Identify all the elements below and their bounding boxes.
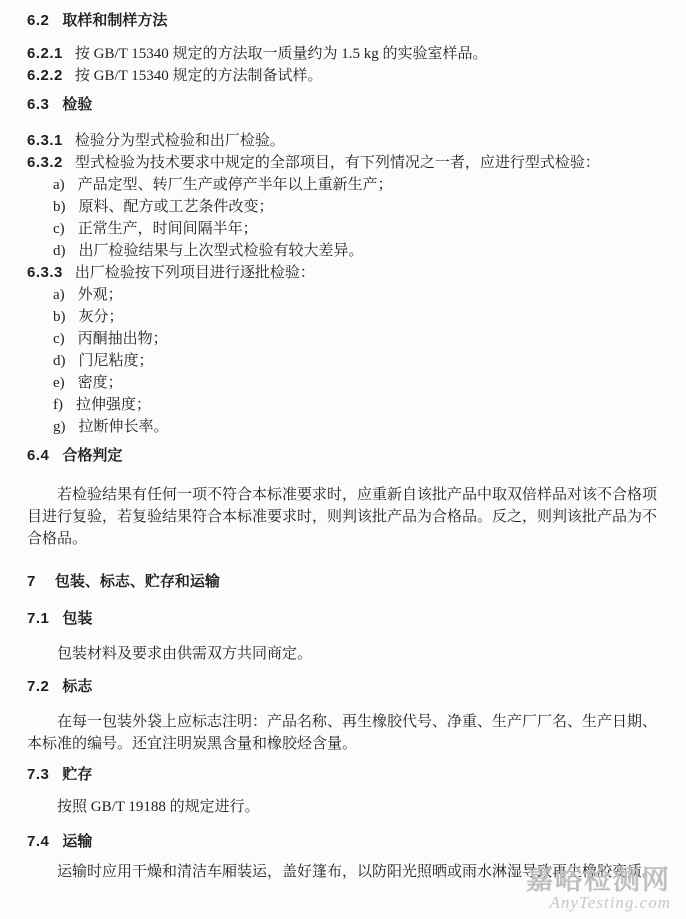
clause-text: 型式检验为技术要求中规定的全部项目，有下列情况之一者，应进行型式检验： — [75, 155, 600, 171]
clause-6-3-2: 6.3.2型式检验为技术要求中规定的全部项目，有下列情况之一者，应进行型式检验： — [27, 152, 666, 174]
heading-6-3: 6.3检验 — [27, 94, 666, 116]
list-item-d: d)出厂检验结果与上次型式检验有较大差异。 — [53, 240, 666, 262]
list-item-f: f)拉伸强度； — [53, 394, 666, 416]
list-text: 产品定型、转厂生产或停产半年以上重新生产； — [78, 177, 393, 193]
list-marker: c) — [53, 221, 65, 237]
heading-7: 7包装、标志、贮存和运输 — [27, 571, 666, 593]
clause-text: 出厂检验按下列项目进行逐批检验： — [75, 265, 315, 281]
list-text: 原料、配方或工艺条件改变； — [79, 199, 274, 215]
heading-6-4: 6.4合格判定 — [27, 445, 666, 467]
watermark-site-url: AnyTesting.com — [526, 894, 671, 912]
list-marker: b) — [53, 199, 66, 215]
list-text: 拉伸强度； — [76, 397, 151, 413]
heading-number: 6.2 — [27, 12, 49, 29]
list-marker: d) — [53, 243, 66, 259]
clause-6-2-2: 6.2.2按 GB/T 15340 规定的方法制备试样。 — [27, 65, 666, 87]
list-item-d: d)门尼粘度； — [53, 350, 666, 372]
heading-6-2: 6.2取样和制样方法 — [27, 10, 666, 32]
heading-7-2: 7.2标志 — [27, 676, 666, 698]
heading-number: 6.3 — [27, 96, 49, 113]
heading-7-3: 7.3贮存 — [27, 764, 666, 786]
list-item-b: b)原料、配方或工艺条件改变； — [53, 196, 666, 218]
heading-title: 标志 — [62, 679, 92, 695]
list-item-b: b)灰分； — [53, 306, 666, 328]
list-item-c: c)丙酮抽出物； — [53, 328, 666, 350]
heading-number: 7 — [27, 573, 36, 590]
list-text: 丙酮抽出物； — [78, 331, 168, 347]
list-marker: a) — [53, 287, 65, 303]
list-text: 门尼粘度； — [79, 353, 154, 369]
list-marker: g) — [53, 419, 66, 435]
list-item-e: e)密度； — [53, 372, 666, 394]
heading-7-1: 7.1包装 — [27, 608, 666, 630]
watermark-site-name: 嘉峪检测网 — [526, 866, 671, 894]
clause-number: 6.3.1 — [27, 132, 63, 149]
list-marker: c) — [53, 331, 65, 347]
heading-title: 包装 — [62, 611, 92, 627]
list-marker: e) — [53, 375, 65, 391]
list-item-g: g)拉断伸长率。 — [53, 416, 666, 438]
watermark: 嘉峪检测网 AnyTesting.com — [526, 866, 671, 912]
paragraph-6-4: 若检验结果有任何一项不符合本标准要求时，应重新自该批产品中取双倍样品对该不合格项… — [27, 484, 666, 550]
list-text: 拉断伸长率。 — [79, 419, 169, 435]
clause-text: 检验分为型式检验和出厂检验。 — [75, 133, 285, 149]
list-text: 灰分； — [79, 309, 124, 325]
heading-number: 7.1 — [27, 610, 49, 627]
list-text: 密度； — [78, 375, 123, 391]
heading-title: 检验 — [62, 97, 92, 113]
heading-title: 取样和制样方法 — [62, 13, 167, 29]
clause-number: 6.3.3 — [27, 264, 63, 281]
heading-number: 7.4 — [27, 833, 49, 850]
heading-number: 6.4 — [27, 447, 49, 464]
clause-6-3-3: 6.3.3出厂检验按下列项目进行逐批检验： — [27, 262, 666, 284]
clause-6-2-1: 6.2.1按 GB/T 15340 规定的方法取一质量约为 1.5 kg 的实验… — [27, 43, 666, 65]
clause-text: 按 GB/T 15340 规定的方法取一质量约为 1.5 kg 的实验室样品。 — [75, 46, 488, 62]
clause-number: 6.2.2 — [27, 67, 63, 84]
clause-6-3-1: 6.3.1检验分为型式检验和出厂检验。 — [27, 130, 666, 152]
list-item-a: a)外观； — [53, 284, 666, 306]
clause-text: 按 GB/T 15340 规定的方法制备试样。 — [75, 68, 323, 84]
list-text: 正常生产，时间间隔半年； — [78, 221, 258, 237]
list-marker: d) — [53, 353, 66, 369]
heading-number: 7.2 — [27, 678, 49, 695]
paragraph-7-1: 包装材料及要求由供需双方共同商定。 — [27, 643, 666, 665]
heading-number: 7.3 — [27, 766, 49, 783]
clause-number: 6.3.2 — [27, 154, 63, 171]
heading-title: 贮存 — [62, 767, 92, 783]
list-marker: f) — [53, 397, 63, 413]
paragraph-7-3: 按照 GB/T 19188 的规定进行。 — [27, 796, 666, 818]
list-marker: a) — [53, 177, 65, 193]
heading-title: 运输 — [62, 834, 92, 850]
list-item-a: a)产品定型、转厂生产或停产半年以上重新生产； — [53, 174, 666, 196]
list-marker: b) — [53, 309, 66, 325]
list-text: 出厂检验结果与上次型式检验有较大差异。 — [79, 243, 364, 259]
list-text: 外观； — [78, 287, 123, 303]
document-page: 6.2取样和制样方法 6.2.1按 GB/T 15340 规定的方法取一质量约为… — [0, 0, 686, 919]
clause-number: 6.2.1 — [27, 45, 63, 62]
heading-title: 包装、标志、贮存和运输 — [55, 574, 220, 590]
paragraph-7-2: 在每一包装外袋上应标志注明：产品名称、再生橡胶代号、净重、生产厂厂名、生产日期、… — [27, 711, 666, 755]
list-item-c: c)正常生产，时间间隔半年； — [53, 218, 666, 240]
heading-7-4: 7.4运输 — [27, 831, 666, 853]
heading-title: 合格判定 — [62, 448, 122, 464]
